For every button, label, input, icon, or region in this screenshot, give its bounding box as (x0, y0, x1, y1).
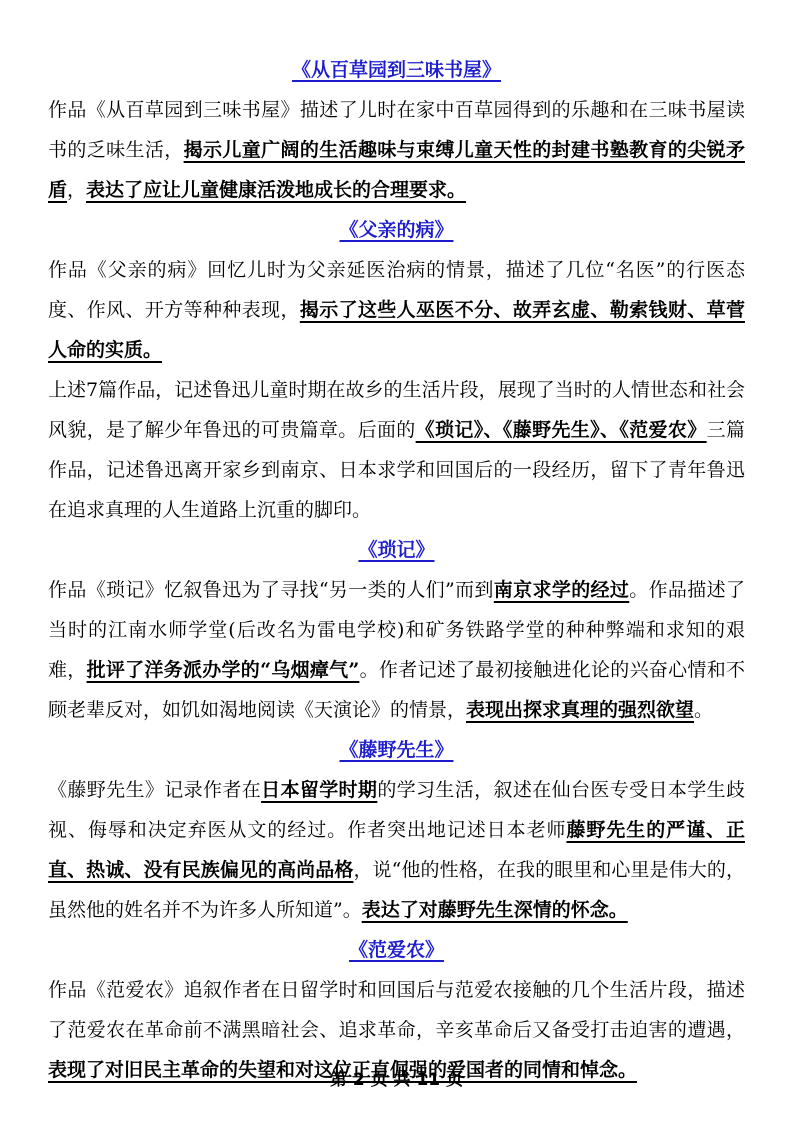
paragraph: 上述7篇作品，记述鲁迅儿童时期在故乡的生活片段，展现了当时的人情世态和社会风貌，… (48, 370, 745, 530)
emphasized-text-run: 南京求学的经过 (494, 579, 629, 601)
paragraph: 《藤野先生》记录作者在日本留学时期的学习生活，叙述在仙台医专受日本学生歧视、侮辱… (48, 770, 745, 930)
page-footer: 第 2 页 共 11 页 (0, 1070, 793, 1090)
document-page: 《从百草园到三味书屋》作品《从百草园到三味书屋》描述了儿时在家中百草园得到的乐趣… (0, 0, 793, 1122)
paragraph: 作品《琐记》忆叙鲁迅为了寻找“另一类的人们”而到南京求学的经过。作品描述了当时的… (48, 570, 745, 730)
paragraph: 作品《从百草园到三味书屋》描述了儿时在家中百草园得到的乐趣和在三味书屋读书的乏味… (48, 90, 745, 210)
text-run: 作品《琐记》忆叙鲁迅为了寻找“另一类的人们”而到 (48, 579, 494, 601)
footer-label: 页 (440, 1070, 463, 1090)
page-number: 2 (353, 1070, 365, 1090)
footer-label: 页 共 (365, 1070, 417, 1090)
section-heading-link[interactable]: 《琐记》 (48, 530, 745, 570)
emphasized-text-run: 表达了应让儿童健康活泼地成长的合理要求。 (86, 179, 466, 201)
text-run: ， (67, 179, 86, 201)
emphasized-text-run: 《琐记》、《藤野先生》、《范爱农》 (416, 419, 707, 441)
section-heading-link[interactable]: 《藤野先生》 (48, 730, 745, 770)
text-run: 。 (694, 699, 713, 721)
text-run: 《藤野先生》记录作者在 (48, 779, 261, 801)
page-number: 11 (416, 1070, 440, 1090)
emphasized-text-run: 表达了对藤野先生深情的怀念。 (362, 899, 628, 921)
emphasized-text-run: 批评了洋务派办学的“乌烟瘴气” (87, 659, 360, 681)
emphasized-text-run: 日本留学时期 (261, 779, 377, 801)
section-heading-link[interactable]: 《父亲的病》 (48, 210, 745, 250)
document-body: 《从百草园到三味书屋》作品《从百草园到三味书屋》描述了儿时在家中百草园得到的乐趣… (48, 50, 745, 1090)
text-run: 作品《范爱农》追叙作者在日留学时和回国后与范爱农接触的几个生活片段，描述了范爱农… (48, 979, 745, 1041)
section-heading-link[interactable]: 《从百草园到三味书屋》 (48, 50, 745, 90)
section-heading-link[interactable]: 《范爱农》 (48, 930, 745, 970)
emphasized-text-run: 表现出探求真理的强烈欲望 (466, 699, 694, 721)
footer-label: 第 (330, 1070, 353, 1090)
paragraph: 作品《父亲的病》回忆儿时为父亲延医治病的情景，描述了几位“名医”的行医态度、作风… (48, 250, 745, 370)
